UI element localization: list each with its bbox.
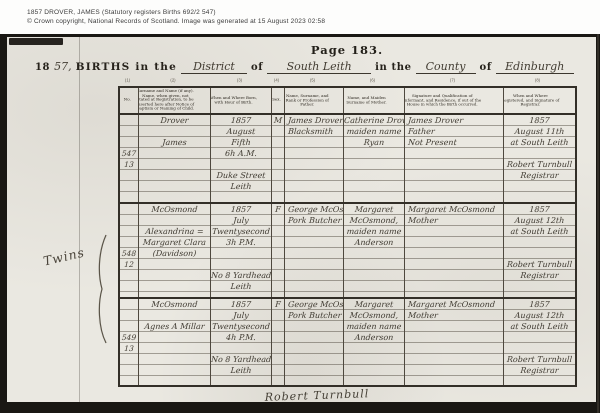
- handwritten-line: maiden name: [344, 226, 404, 237]
- handwritten-line: [405, 270, 503, 281]
- handwritten-line: [504, 248, 575, 259]
- handwritten-line: Father: [405, 126, 503, 137]
- handwritten-line: [139, 259, 210, 270]
- handwritten-line: [120, 192, 138, 202]
- handwritten-line: July: [211, 215, 271, 226]
- handwritten-line: Duke Street: [211, 170, 271, 181]
- handwritten-line: [344, 343, 404, 354]
- handwritten-line: Catherine Drover: [344, 115, 404, 126]
- handwritten-line: [272, 332, 284, 343]
- in-the-label: in the: [375, 62, 411, 73]
- handwritten-line: [211, 343, 271, 354]
- handwritten-line: [211, 192, 271, 202]
- handwritten-line: Not Present: [405, 137, 503, 148]
- handwritten-line: [344, 354, 404, 365]
- handwritten-line: [120, 115, 138, 126]
- handwritten-line: [285, 259, 343, 270]
- handwritten-line: July: [211, 310, 271, 321]
- handwritten-line: [139, 159, 210, 170]
- handwritten-line: [504, 332, 575, 343]
- cell-sex: F: [272, 299, 285, 385]
- handwritten-line: Robert Turnbull: [504, 159, 575, 170]
- handwritten-line: [504, 192, 575, 202]
- cell-name: McOsmondAlexandrina =Margaret Clara(Davi…: [139, 204, 211, 297]
- handwritten-line: [272, 248, 284, 259]
- handwritten-line: [405, 192, 503, 202]
- handwritten-line: [120, 299, 138, 310]
- handwritten-line: [211, 159, 271, 170]
- header-no: No.: [120, 88, 139, 113]
- table-row-entry-548: 54812 McOsmondAlexandrina =Margaret Clar…: [120, 202, 575, 297]
- handwritten-line: [405, 226, 503, 237]
- cell-mother: Catherine Drovermaiden nameRyan: [344, 115, 405, 202]
- header-registered: When and Where Registered, and Signature…: [504, 88, 575, 113]
- handwritten-line: Margaret McOsmond: [405, 299, 503, 310]
- handwritten-line: [272, 270, 284, 281]
- cell-informant: James DroverFatherNot Present: [405, 115, 504, 202]
- county-handwritten: County: [416, 60, 476, 74]
- handwritten-line: [504, 281, 575, 292]
- handwritten-line: [344, 281, 404, 292]
- handwritten-line: [139, 354, 210, 365]
- handwritten-line: Blacksmith: [285, 126, 343, 137]
- handwritten-line: [272, 181, 284, 192]
- handwritten-line: [139, 376, 210, 385]
- handwritten-line: [272, 126, 284, 137]
- handwritten-line: [504, 148, 575, 159]
- handwritten-line: Registrar: [504, 365, 575, 376]
- handwritten-line: (Davidson): [139, 248, 210, 259]
- handwritten-line: [285, 365, 343, 376]
- scan-artifact: [9, 38, 63, 45]
- handwritten-line: [344, 148, 404, 159]
- cell-born: 1857AugustFifth6h A.M.Duke StreetLeith: [211, 115, 272, 202]
- handwritten-line: [272, 159, 284, 170]
- handwritten-line: [285, 237, 343, 248]
- col-marker: (4): [272, 79, 281, 83]
- handwritten-line: [405, 170, 503, 181]
- handwritten-line: [272, 281, 284, 292]
- handwritten-line: [285, 148, 343, 159]
- handwritten-line: McOsmond: [139, 204, 210, 215]
- handwritten-line: [272, 137, 284, 148]
- handwritten-line: Leith: [211, 281, 271, 292]
- year-handwritten: 57,: [54, 60, 72, 73]
- handwritten-line: 548: [120, 248, 138, 259]
- cell-father: George McOsmondPork Butcher: [285, 204, 344, 297]
- handwritten-line: [405, 181, 503, 192]
- handwritten-line: at South Leith: [504, 321, 575, 332]
- handwritten-line: 13: [120, 159, 138, 170]
- handwritten-line: McOsmond,: [344, 215, 404, 226]
- header-informant-label: Signature and Qualification of Informant…: [405, 94, 482, 107]
- record-reference: 1857 DROVER, JAMES (Statutory registers …: [27, 9, 216, 16]
- cell-no: 54713: [120, 115, 139, 202]
- handwritten-line: [285, 181, 343, 192]
- handwritten-line: Anderson: [344, 332, 404, 343]
- handwritten-line: [120, 321, 138, 332]
- cell-mother: MargaretMcOsmond,maiden nameAnderson: [344, 299, 405, 385]
- district-handwritten: District: [181, 60, 247, 74]
- handwritten-line: [139, 126, 210, 137]
- cell-father: James DroverBlacksmith: [285, 115, 344, 202]
- handwritten-line: Pork Butcher: [285, 310, 343, 321]
- handwritten-line: [139, 181, 210, 192]
- handwritten-line: [120, 170, 138, 181]
- header-sex: Sex.: [272, 88, 285, 113]
- col-marker: (8): [513, 79, 563, 83]
- handwritten-line: [405, 148, 503, 159]
- handwritten-line: McOsmond: [139, 299, 210, 310]
- handwritten-line: [405, 321, 503, 332]
- handwritten-line: 1857: [504, 299, 575, 310]
- handwritten-line: [139, 215, 210, 226]
- header-name-label: Surname and Name (if any). Name, when gi…: [139, 90, 195, 111]
- cell-informant: Margaret McOsmondMother: [405, 204, 504, 297]
- handwritten-line: Margaret McOsmond: [405, 204, 503, 215]
- handwritten-line: [504, 237, 575, 248]
- handwritten-line: [272, 365, 284, 376]
- handwritten-line: August 12th: [504, 215, 575, 226]
- handwritten-line: [272, 226, 284, 237]
- handwritten-line: James: [139, 137, 210, 148]
- of-label: of: [251, 62, 263, 73]
- cell-name: McOsmondAgnes A Millar: [139, 299, 211, 385]
- handwritten-line: [344, 248, 404, 259]
- handwritten-line: 1857: [211, 204, 271, 215]
- births-label: BIRTHS in the: [76, 61, 177, 73]
- handwritten-line: [272, 170, 284, 181]
- handwritten-line: 4h P.M.: [211, 332, 271, 343]
- handwritten-line: 1857: [504, 115, 575, 126]
- handwritten-line: [139, 365, 210, 376]
- handwritten-line: Robert Turnbull: [504, 354, 575, 365]
- col-marker: (1): [121, 79, 134, 83]
- scan-right-edge: [597, 34, 599, 413]
- handwritten-line: [285, 137, 343, 148]
- column-number-markers: (1) (2) (3) (4) (5) (6) (7) (8): [118, 78, 577, 84]
- table-header-row: No. Surname and Name (if any). Name, whe…: [120, 88, 575, 115]
- handwritten-line: [120, 237, 138, 248]
- handwritten-line: maiden name: [344, 321, 404, 332]
- handwritten-line: F: [272, 299, 284, 310]
- handwritten-line: Twentysecond: [211, 226, 271, 237]
- handwritten-line: [120, 354, 138, 365]
- cell-registered: 1857August 12that South LeithRobert Turn…: [504, 299, 575, 385]
- handwritten-line: [285, 159, 343, 170]
- handwritten-line: 1857: [504, 204, 575, 215]
- col-marker: (6): [351, 79, 394, 83]
- handwritten-line: 1857: [211, 115, 271, 126]
- handwritten-line: No 8 Yardheads: [211, 270, 271, 281]
- handwritten-line: James Drover: [405, 115, 503, 126]
- cell-informant: Margaret McOsmondMother: [405, 299, 504, 385]
- handwritten-line: [272, 310, 284, 321]
- header-mother-label: Name, and Maiden Surname of Mother.: [344, 96, 391, 105]
- handwritten-line: [211, 248, 271, 259]
- handwritten-line: [504, 343, 575, 354]
- handwritten-line: [139, 270, 210, 281]
- register-paper: Page 183. 18 57, BIRTHS in the District …: [7, 37, 596, 402]
- scanned-register-page: Page 183. 18 57, BIRTHS in the District …: [0, 34, 600, 413]
- col-marker: (5): [292, 79, 333, 83]
- handwritten-line: [405, 259, 503, 270]
- handwritten-line: [272, 237, 284, 248]
- handwritten-line: Mother: [405, 310, 503, 321]
- handwritten-line: Margaret Clara: [139, 237, 210, 248]
- handwritten-line: [139, 343, 210, 354]
- handwritten-line: Agnes A Millar: [139, 321, 210, 332]
- handwritten-line: [405, 281, 503, 292]
- county-name-handwritten: Edinburgh: [496, 60, 574, 74]
- handwritten-line: [120, 376, 138, 385]
- header-born-label: When and Where Born, with Hour of Birth.: [211, 96, 258, 105]
- handwritten-line: [405, 159, 503, 170]
- handwritten-line: [120, 365, 138, 376]
- handwritten-line: [405, 237, 503, 248]
- page-number: Page 183.: [247, 43, 447, 57]
- cell-born: 1857JulyTwentysecond4h P.M.No 8 Yardhead…: [211, 299, 272, 385]
- handwritten-line: [139, 310, 210, 321]
- handwritten-line: [272, 259, 284, 270]
- handwritten-line: [504, 376, 575, 385]
- handwritten-line: Twentysecond: [211, 321, 271, 332]
- handwritten-line: [120, 310, 138, 321]
- handwritten-line: McOsmond,: [344, 310, 404, 321]
- handwritten-line: F: [272, 204, 284, 215]
- handwritten-line: [344, 270, 404, 281]
- district-name-handwritten: South Leith: [267, 60, 371, 74]
- handwritten-line: [120, 137, 138, 148]
- cell-name: DroverJames: [139, 115, 211, 202]
- register-table: No. Surname and Name (if any). Name, whe…: [118, 86, 577, 387]
- cell-father: George McOsmondPork Butcher: [285, 299, 344, 385]
- handwritten-line: [272, 343, 284, 354]
- handwritten-line: Registrar: [504, 170, 575, 181]
- viewer-header: 1857 DROVER, JAMES (Statutory registers …: [0, 0, 600, 34]
- handwritten-line: Pork Butcher: [285, 215, 343, 226]
- col-marker: (3): [218, 79, 261, 83]
- handwritten-line: [139, 192, 210, 202]
- header-born: When and Where Born, with Hour of Birth.: [211, 88, 272, 113]
- cell-born: 1857JulyTwentysecond3h P.M.No 8 Yardhead…: [211, 204, 272, 297]
- handwritten-line: [139, 332, 210, 343]
- table-row-entry-547: 54713 DroverJames 1857AugustFifth6h A.M.…: [120, 115, 575, 202]
- handwritten-line: [120, 204, 138, 215]
- handwritten-line: [285, 192, 343, 202]
- handwritten-line: [272, 148, 284, 159]
- handwritten-line: Leith: [211, 365, 271, 376]
- handwritten-line: George McOsmond: [285, 299, 343, 310]
- handwritten-line: [120, 281, 138, 292]
- handwritten-line: 3h P.M.: [211, 237, 271, 248]
- handwritten-line: [405, 376, 503, 385]
- handwritten-line: [285, 376, 343, 385]
- record-image-viewer: 1857 DROVER, JAMES (Statutory registers …: [0, 0, 600, 413]
- handwritten-line: [285, 270, 343, 281]
- handwritten-line: [344, 181, 404, 192]
- handwritten-line: [285, 321, 343, 332]
- handwritten-line: No 8 Yardheads: [211, 354, 271, 365]
- handwritten-line: August 12th: [504, 310, 575, 321]
- registrar-footer-signature: Robert Turnbull: [187, 384, 447, 406]
- handwritten-line: [120, 126, 138, 137]
- handwritten-line: [344, 170, 404, 181]
- copyright-notice: © Crown copyright, National Records of S…: [27, 18, 325, 25]
- handwritten-line: [272, 354, 284, 365]
- margin-rule-line: [79, 37, 80, 402]
- handwritten-line: M: [272, 115, 284, 126]
- handwritten-line: [120, 215, 138, 226]
- handwritten-line: at South Leith: [504, 137, 575, 148]
- handwritten-line: [272, 376, 284, 385]
- cell-no: 54913: [120, 299, 139, 385]
- handwritten-line: maiden name: [344, 126, 404, 137]
- handwritten-line: Mother: [405, 215, 503, 226]
- handwritten-line: Fifth: [211, 137, 271, 148]
- handwritten-line: Ryan: [344, 137, 404, 148]
- handwritten-line: [120, 226, 138, 237]
- handwritten-line: Margaret: [344, 299, 404, 310]
- handwritten-line: George McOsmond: [285, 204, 343, 215]
- handwritten-line: [285, 332, 343, 343]
- twins-brace: [93, 233, 111, 345]
- handwritten-line: 549: [120, 332, 138, 343]
- handwritten-line: [272, 215, 284, 226]
- handwritten-line: [139, 170, 210, 181]
- handwritten-line: [120, 181, 138, 192]
- handwritten-line: [211, 259, 271, 270]
- handwritten-line: Drover: [139, 115, 210, 126]
- handwritten-line: [285, 248, 343, 259]
- handwritten-line: [211, 376, 271, 385]
- of-label-2: of: [480, 62, 492, 73]
- handwritten-line: at South Leith: [504, 226, 575, 237]
- handwritten-line: [139, 281, 210, 292]
- handwritten-line: [405, 354, 503, 365]
- cell-no: 54812: [120, 204, 139, 297]
- handwritten-line: [405, 365, 503, 376]
- handwritten-line: Alexandrina =: [139, 226, 210, 237]
- handwritten-line: [344, 365, 404, 376]
- handwritten-line: [344, 192, 404, 202]
- handwritten-line: 13: [120, 343, 138, 354]
- cell-sex: M: [272, 115, 285, 202]
- handwritten-line: [504, 181, 575, 192]
- handwritten-line: Anderson: [344, 237, 404, 248]
- handwritten-line: [405, 248, 503, 259]
- cell-sex: F: [272, 204, 285, 297]
- handwritten-line: Robert Turnbull: [504, 259, 575, 270]
- year-printed: 18: [35, 62, 50, 73]
- handwritten-line: [272, 321, 284, 332]
- handwritten-line: 6h A.M.: [211, 148, 271, 159]
- handwritten-line: Leith: [211, 181, 271, 192]
- header-father: Name, Surname, and Rank or Profession of…: [285, 88, 344, 113]
- header-sex-label: Sex.: [272, 98, 281, 102]
- header-mother: Name, and Maiden Surname of Mother.: [344, 88, 405, 113]
- handwritten-line: August: [211, 126, 271, 137]
- handwritten-line: [285, 354, 343, 365]
- handwritten-line: [139, 148, 210, 159]
- table-row-entry-549: 54913 McOsmondAgnes A Millar 1857JulyTwe…: [120, 297, 575, 385]
- cell-registered: 1857August 11that South LeithRobert Turn…: [504, 115, 575, 202]
- handwritten-line: [344, 259, 404, 270]
- handwritten-line: 547: [120, 148, 138, 159]
- header-registered-label: When and Where Registered, and Signature…: [504, 94, 560, 107]
- header-name: Surname and Name (if any). Name, when gi…: [139, 88, 211, 113]
- handwritten-line: Margaret: [344, 204, 404, 215]
- handwritten-line: [272, 192, 284, 202]
- header-informant: Signature and Qualification of Informant…: [405, 88, 504, 113]
- handwritten-line: [405, 343, 503, 354]
- handwritten-line: [285, 226, 343, 237]
- cell-mother: MargaretMcOsmond,maiden nameAnderson: [344, 204, 405, 297]
- handwritten-line: [285, 281, 343, 292]
- handwritten-line: Registrar: [504, 270, 575, 281]
- handwritten-line: [285, 170, 343, 181]
- register-title: 18 57, BIRTHS in the District of South L…: [35, 60, 588, 74]
- col-marker: (2): [148, 79, 198, 83]
- cell-registered: 1857August 12that South LeithRobert Turn…: [504, 204, 575, 297]
- handwritten-line: [285, 343, 343, 354]
- col-marker: (7): [418, 79, 487, 83]
- handwritten-line: 1857: [211, 299, 271, 310]
- header-father-label: Name, Surname, and Rank or Profession of…: [285, 94, 331, 107]
- handwritten-line: James Drover: [285, 115, 343, 126]
- handwritten-line: [344, 159, 404, 170]
- handwritten-line: [120, 270, 138, 281]
- header-no-label: No.: [120, 98, 134, 102]
- handwritten-line: [405, 332, 503, 343]
- handwritten-line: August 11th: [504, 126, 575, 137]
- handwritten-line: 12: [120, 259, 138, 270]
- handwritten-line: [344, 376, 404, 385]
